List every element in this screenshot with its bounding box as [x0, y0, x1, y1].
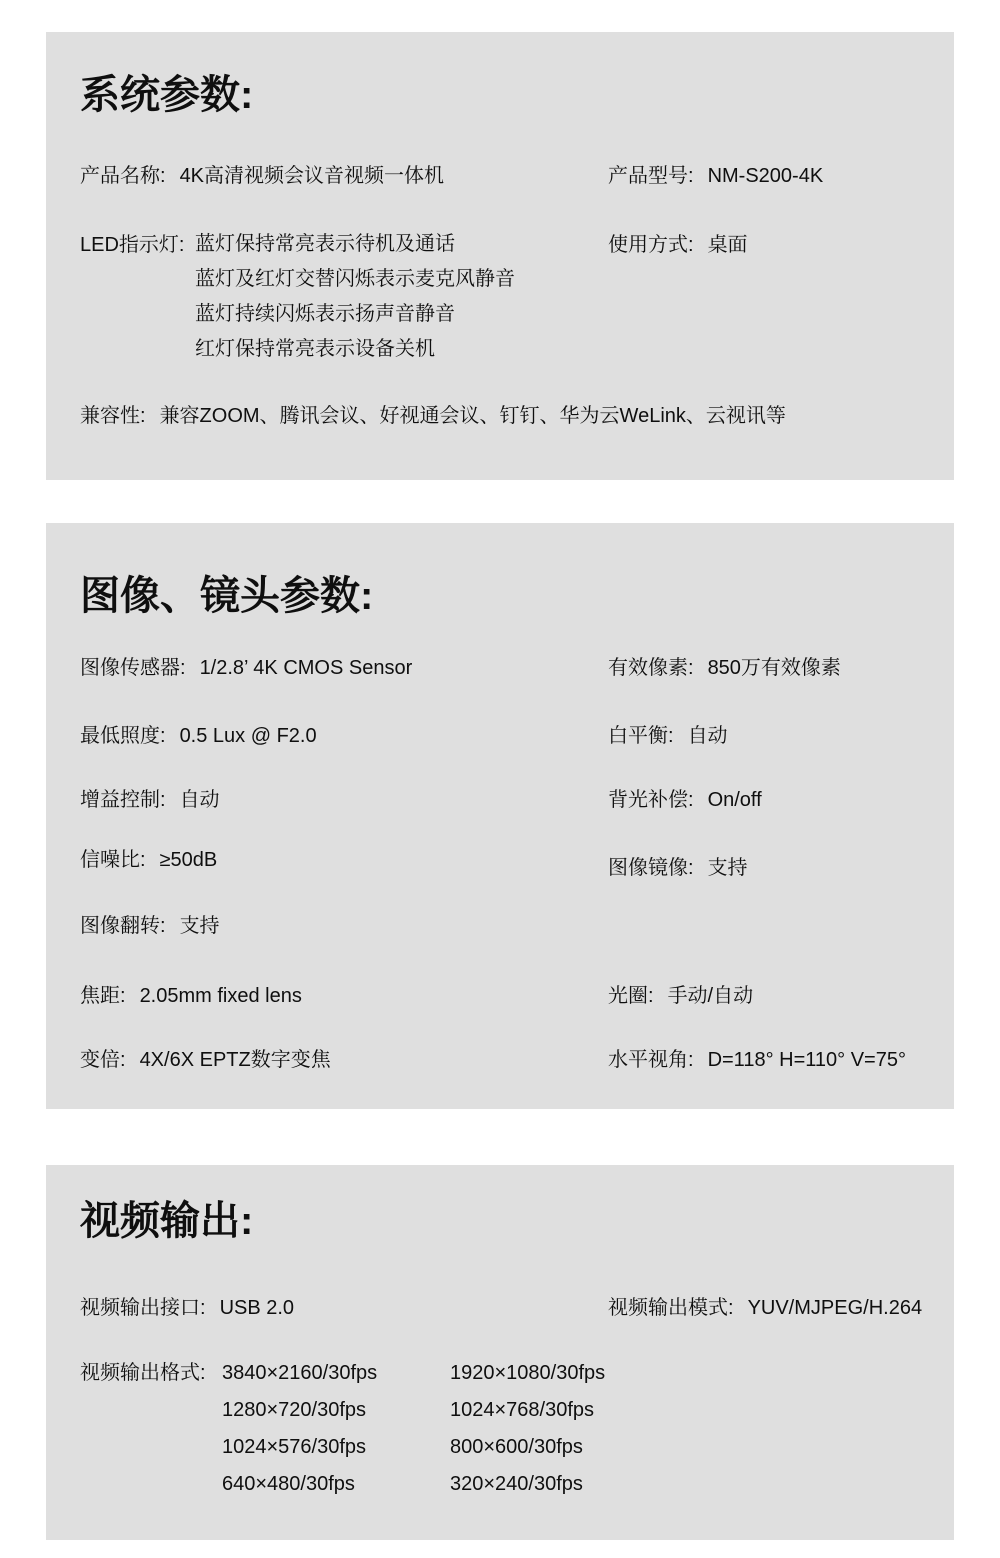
spec-value: 850万有效像素 — [708, 654, 841, 682]
section-video-output: 视频输出: 视频输出接口: USB 2.0 视频输出模式: YUV/MJPEG/… — [46, 1165, 954, 1540]
format-item: 1280×720/30fps — [222, 1392, 377, 1429]
format-item: 1920×1080/30fps — [450, 1355, 605, 1392]
row-usage-mode: 使用方式: 桌面 — [608, 231, 748, 259]
spec-label: 背光补偿: — [608, 786, 694, 814]
format-item: 1024×768/30fps — [450, 1392, 605, 1429]
spec-value: 手动/自动 — [668, 982, 754, 1010]
led-line: 红灯保持常亮表示设备关机 — [195, 332, 515, 367]
spec-value: 0.5 Lux @ F2.0 — [180, 722, 317, 750]
spec-value: NM-S200-4K — [708, 162, 824, 190]
spec-value: 2.05mm fixed lens — [140, 982, 302, 1010]
spec-value: 支持 — [180, 912, 220, 940]
spec-value: 自动 — [180, 786, 220, 814]
section-title: 图像、镜头参数: — [80, 576, 373, 616]
row-output-formats-label: 视频输出格式: — [80, 1359, 206, 1387]
row-focal-length: 焦距: 2.05mm fixed lens — [80, 982, 302, 1010]
format-item: 3840×2160/30fps — [222, 1355, 377, 1392]
format-item: 800×600/30fps — [450, 1429, 605, 1466]
spec-value: 桌面 — [708, 231, 748, 259]
spec-value: 1/2.8’ 4K CMOS Sensor — [200, 654, 413, 682]
spec-value: On/off — [708, 786, 762, 814]
row-backlight-compensation: 背光补偿: On/off — [608, 786, 762, 814]
row-product-name: 产品名称: 4K高清视频会议音视频一体机 — [80, 162, 444, 190]
output-format-column-2: 1920×1080/30fps 1024×768/30fps 800×600/3… — [450, 1355, 605, 1503]
row-white-balance: 白平衡: 自动 — [608, 722, 728, 750]
spec-label: 水平视角: — [608, 1046, 694, 1074]
spec-value: 支持 — [708, 854, 748, 882]
spec-label: 产品名称: — [80, 162, 166, 190]
row-aperture: 光圈: 手动/自动 — [608, 982, 753, 1010]
section-system-parameters: 系统参数: 产品名称: 4K高清视频会议音视频一体机 产品型号: NM-S200… — [46, 32, 954, 480]
spec-label: 图像翻转: — [80, 912, 166, 940]
format-item: 320×240/30fps — [450, 1466, 605, 1503]
spec-label: LED指示灯: — [80, 231, 184, 259]
led-line: 蓝灯及红灯交替闪烁表示麦克风静音 — [195, 262, 515, 297]
row-image-flip: 图像翻转: 支持 — [80, 912, 220, 940]
spec-value: D=118° H=110° V=75° — [708, 1046, 906, 1074]
row-effective-pixels: 有效像素: 850万有效像素 — [608, 654, 841, 682]
spec-label: 最低照度: — [80, 722, 166, 750]
row-image-sensor: 图像传感器: 1/2.8’ 4K CMOS Sensor — [80, 654, 412, 682]
spec-label: 信噪比: — [80, 846, 146, 874]
spec-value: 自动 — [688, 722, 728, 750]
row-product-model: 产品型号: NM-S200-4K — [608, 162, 823, 190]
spec-label: 光圈: — [608, 982, 654, 1010]
spec-value: ≥50dB — [160, 846, 218, 874]
led-line: 蓝灯持续闪烁表示扬声音静音 — [195, 297, 515, 332]
spec-value: YUV/MJPEG/H.264 — [748, 1294, 923, 1322]
row-image-mirror: 图像镜像: 支持 — [608, 854, 748, 882]
row-zoom: 变倍: 4X/6X EPTZ数字变焦 — [80, 1046, 331, 1074]
row-field-of-view: 水平视角: D=118° H=110° V=75° — [608, 1046, 906, 1074]
output-format-column-1: 3840×2160/30fps 1280×720/30fps 1024×576/… — [222, 1355, 377, 1503]
spec-label: 产品型号: — [608, 162, 694, 190]
format-item: 640×480/30fps — [222, 1466, 377, 1503]
row-output-mode: 视频输出模式: YUV/MJPEG/H.264 — [608, 1294, 922, 1322]
spec-label: 增益控制: — [80, 786, 166, 814]
section-title: 系统参数: — [80, 75, 253, 115]
spec-value: 4X/6X EPTZ数字变焦 — [140, 1046, 331, 1074]
spec-page: 系统参数: 产品名称: 4K高清视频会议音视频一体机 产品型号: NM-S200… — [0, 0, 1000, 1558]
spec-label: 有效像素: — [608, 654, 694, 682]
spec-value: 兼容ZOOM、腾讯会议、好视通会议、钉钉、华为云WeLink、云视讯等 — [160, 402, 786, 430]
spec-label: 视频输出模式: — [608, 1294, 734, 1322]
spec-label: 视频输出接口: — [80, 1294, 206, 1322]
spec-label: 图像镜像: — [608, 854, 694, 882]
row-compatibility: 兼容性: 兼容ZOOM、腾讯会议、好视通会议、钉钉、华为云WeLink、云视讯等 — [80, 402, 786, 430]
row-snr: 信噪比: ≥50dB — [80, 846, 217, 874]
row-output-interface: 视频输出接口: USB 2.0 — [80, 1294, 294, 1322]
spec-label: 图像传感器: — [80, 654, 186, 682]
spec-value: USB 2.0 — [220, 1294, 294, 1322]
spec-label: 兼容性: — [80, 402, 146, 430]
spec-label: 焦距: — [80, 982, 126, 1010]
spec-label: 使用方式: — [608, 231, 694, 259]
led-indicator-lines: 蓝灯保持常亮表示待机及通话 蓝灯及红灯交替闪烁表示麦克风静音 蓝灯持续闪烁表示扬… — [195, 227, 515, 367]
spec-value: 4K高清视频会议音视频一体机 — [180, 162, 444, 190]
spec-label: 白平衡: — [608, 722, 674, 750]
led-line: 蓝灯保持常亮表示待机及通话 — [195, 227, 515, 262]
row-min-illumination: 最低照度: 0.5 Lux @ F2.0 — [80, 722, 317, 750]
spec-label: 视频输出格式: — [80, 1359, 206, 1387]
spec-label: 变倍: — [80, 1046, 126, 1074]
section-image-lens-parameters: 图像、镜头参数: 图像传感器: 1/2.8’ 4K CMOS Sensor 最低… — [46, 523, 954, 1109]
section-title: 视频输出: — [80, 1201, 253, 1241]
row-led-indicator-label: LED指示灯: — [80, 231, 184, 259]
row-gain-control: 增益控制: 自动 — [80, 786, 220, 814]
format-item: 1024×576/30fps — [222, 1429, 377, 1466]
